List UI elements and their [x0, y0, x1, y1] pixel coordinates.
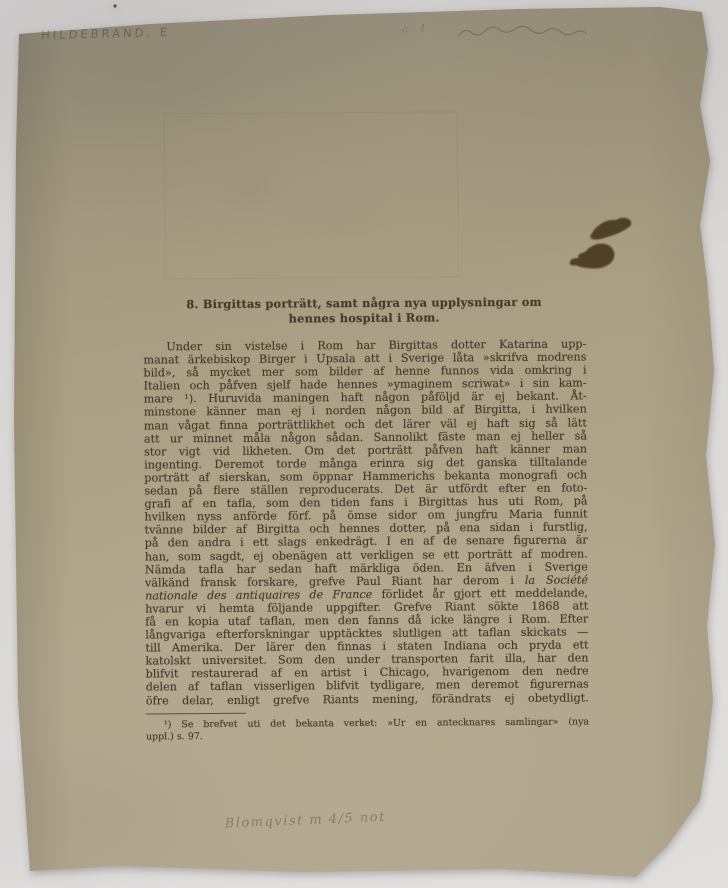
text-segment: öfre delar, enligt grefve Riants mening,… [146, 691, 589, 707]
footnote: ¹) Se brefvet uti det bekanta verket: »U… [146, 716, 589, 743]
pencil-owner-annotation: HILDEBRAND, E [41, 23, 262, 42]
body-text: Under sin vistelse i Rom har Birgittas d… [143, 337, 589, 707]
heading-line-2: hennes hospital i Rom. [143, 309, 585, 327]
heading-line-1: 8. Birgittas porträtt, samt några nya up… [143, 294, 585, 312]
italic-text-segment: la Société [525, 573, 588, 586]
text-segment: uppl.) s. 97. [146, 731, 203, 742]
pencil-bottom-note: Blomqvist m 4/5 not [224, 806, 484, 832]
photographed-page: HILDEBRAND, E a 4 8. Birgittas porträtt,… [0, 0, 728, 888]
article-heading: 8. Birgittas porträtt, samt några nya up… [143, 294, 585, 326]
text-segment: ¹) Se brefvet uti det bekanta verket: »U… [164, 716, 589, 730]
pencil-mark: a 4 [402, 23, 430, 36]
footnote-rule [146, 713, 246, 715]
body-line: öfre delar, enligt grefve Riants mening,… [146, 691, 589, 707]
verso-show-through [164, 111, 459, 279]
